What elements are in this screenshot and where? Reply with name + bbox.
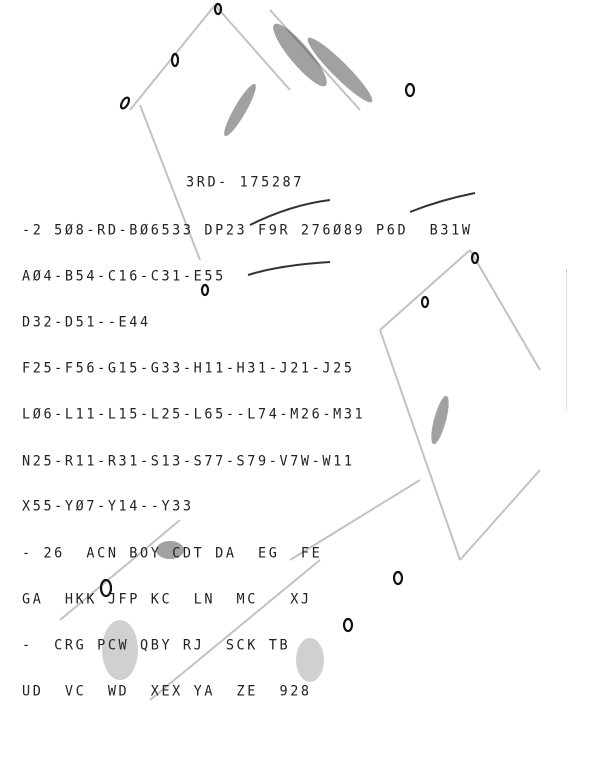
- code-line-4: F25-F56-G15-G33-H11-H31-J21-J25: [22, 359, 355, 376]
- code-line-8: - 26 ACN BOY CDT DA EG FE: [22, 544, 322, 561]
- code-line-11: UD VC WD XEX YA ZE 928: [22, 682, 312, 699]
- code-line-2: AØ4-B54-C16-C31-E55: [22, 267, 226, 284]
- code-line-6: N25-R11-R31-S13-S77-S79-V7W-W11: [22, 452, 355, 469]
- code-line-1: -2 5Ø8-RD-BØ6533 DP23 F9R 276Ø89 P6D B31…: [22, 221, 473, 238]
- code-line-9: GA HKK JFP KC LN MC XJ: [22, 590, 312, 607]
- code-line-3: D32-D51--E44: [22, 313, 151, 330]
- code-line-5: LØ6-L11-L15-L25-L65--L74-M26-M31: [22, 405, 365, 422]
- code-line-10: - CRG PCW QBY RJ SCK TB: [22, 636, 290, 653]
- margin-print-mark: [566, 270, 571, 410]
- code-line-7: X55-YØ7-Y14--Y33: [22, 497, 194, 514]
- document-header: 3RD- 175287: [186, 173, 304, 190]
